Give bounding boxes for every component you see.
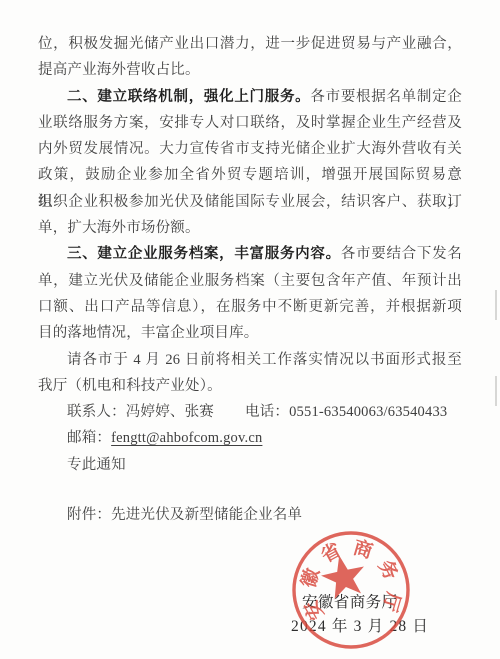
seal-character: 商	[351, 536, 376, 563]
document-line: 业联络服务方案，安排专人对口联络，及时掌握企业生产经营及	[38, 110, 462, 136]
email-line: 邮箱：fengtt@ahbofcom.gov.cn	[38, 425, 462, 451]
body-text: 电话：0551-63540063/63540433	[245, 404, 447, 420]
body-text: 单，扩大海外市场份额。	[38, 220, 200, 236]
document-line: 口额、出口产品等信息），在服务中不断更新完善，并根据新项	[38, 294, 462, 320]
document-line: 组织企业积极参加光伏及储能国际专业展会，结识客户、获取订	[38, 189, 462, 215]
closing-line: 专此通知	[38, 452, 462, 478]
seal-character: 徽	[297, 566, 324, 591]
body-text: 邮箱：	[67, 430, 111, 446]
attachment-line: 附件：先进光伏及新型储能企业名单	[38, 502, 462, 528]
document-line: 单，扩大海外市场份额。	[38, 215, 462, 241]
signature-org: 安徽省商务厅	[302, 590, 397, 612]
document-line: 单，建立光伏及储能企业服务档案（主要包含年产值、年预计出	[38, 268, 462, 294]
seal-character: 务	[374, 556, 403, 584]
body-text: 我厅（机电和科技产业处）。	[38, 378, 222, 394]
document-line: 政策，鼓励企业参加全省外贸专题培训，增强开展国际贸易意识，	[38, 162, 462, 188]
document-body: 位，积极发掘光储产业出口潜力，进一步促进贸易与产业融合，提高产业海外营收占比。二…	[38, 31, 462, 528]
document-line: 请各市于 4 月 26 日前将相关工作落实情况以书面形式报至	[38, 347, 462, 373]
body-text: 专此通知	[67, 457, 126, 473]
body-text: 各市要根据名单制定企	[310, 89, 462, 105]
document-line: 位，积极发掘光储产业出口潜力，进一步促进贸易与产业融合，	[38, 31, 462, 57]
body-text: 联系人：冯婷婷、张赛	[67, 404, 214, 420]
body-text: 内外贸发展情况。大力宣传省市支持光储企业扩大海外营收有关	[38, 141, 462, 157]
body-text: 目的落地情况，丰富企业项目库。	[38, 325, 259, 341]
section-heading: 三、建立企业服务档案，丰富服务内容。	[67, 246, 341, 262]
document-line: 内外贸发展情况。大力宣传省市支持光储企业扩大海外营收有关	[38, 136, 462, 162]
body-text: 组织企业积极参加光伏及储能国际专业展会，结识客户、获取订	[38, 194, 462, 210]
document-line: 我厅（机电和科技产业处）。	[38, 373, 462, 399]
scan-edge-artifact	[495, 290, 497, 320]
body-text: 附件：先进光伏及新型储能企业名单	[67, 507, 302, 523]
signature-date: 2024 年 3 月 28 日	[291, 614, 429, 636]
scan-edge-artifact	[495, 376, 497, 406]
email-link[interactable]: fengtt@ahbofcom.gov.cn	[111, 430, 262, 446]
section-heading: 二、建立联络机制，强化上门服务。	[67, 89, 310, 105]
body-text: 请各市于 4 月 26 日前将相关工作落实情况以书面形式报至	[67, 352, 462, 368]
document-line: 目的落地情况，丰富企业项目库。	[38, 320, 462, 346]
document-line: 二、建立联络机制，强化上门服务。各市要根据名单制定企	[38, 84, 462, 110]
body-text: 口额、出口产品等信息），在服务中不断更新完善，并根据新项	[38, 299, 462, 315]
body-text: 位，积极发掘光储产业出口潜力，进一步促进贸易与产业融合，	[38, 36, 462, 52]
body-text: 业联络服务方案，安排专人对口联络，及时掌握企业生产经营及	[38, 115, 462, 131]
body-text: 各市要结合下发名	[341, 246, 462, 262]
body-text: 提高产业海外营收占比。	[38, 62, 200, 78]
contact-line: 联系人：冯婷婷、张赛电话：0551-63540063/63540433	[38, 399, 462, 425]
document-line: 提高产业海外营收占比。	[38, 57, 462, 83]
seal-character: 省	[317, 538, 345, 567]
document-line: 三、建立企业服务档案，丰富服务内容。各市要结合下发名	[38, 241, 462, 267]
body-text: 单，建立光伏及储能企业服务档案（主要包含年产值、年预计出	[38, 273, 462, 289]
